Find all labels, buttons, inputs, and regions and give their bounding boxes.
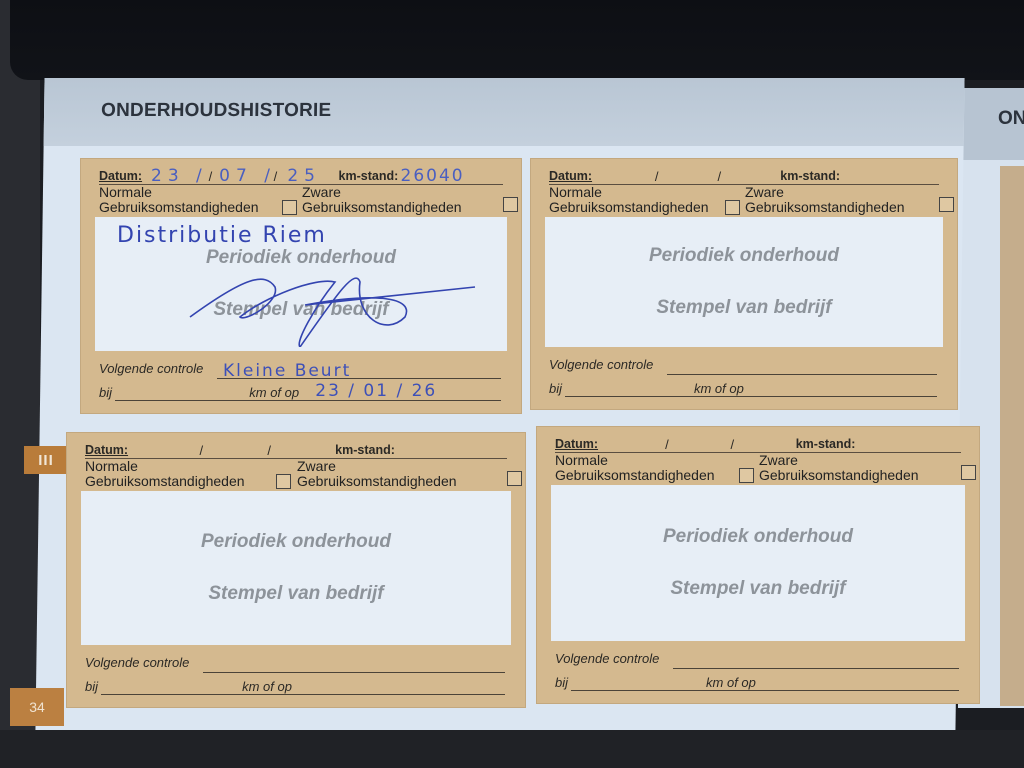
usage-conditions: Normale Gebruiksomstandigheden Zware Geb… [99, 185, 507, 219]
date-slash: / [199, 443, 203, 458]
normal-label-2: Gebruiksomstandigheden [99, 200, 259, 215]
next-km-date-value: 23 / 01 / 26 [315, 381, 437, 401]
date-slash: / [267, 443, 271, 458]
normal-label: Normale [99, 185, 259, 200]
next-km-date-field[interactable] [101, 677, 505, 695]
usage-conditions: Normale Gebruiksomstandigheden Zware Geb… [555, 453, 965, 487]
normal-label-2: Gebruiksomstandigheden [85, 474, 245, 489]
company-stamp-area[interactable]: Periodiek onderhoud Stempel van bedrijf [551, 485, 965, 641]
next-check-label: Volgende controle [549, 357, 653, 372]
normal-conditions-checkbox[interactable] [276, 474, 291, 489]
heavy-label: Zware [297, 459, 457, 474]
normal-label-2: Gebruiksomstandigheden [555, 468, 715, 483]
next-check-label: Volgende controle [99, 361, 203, 376]
next-check-section: Volgende controle bij km of op [551, 649, 965, 699]
km-or-on-label: km of op [249, 385, 299, 400]
at-label: bij [549, 381, 562, 396]
booklet-cover-bottom [0, 730, 1024, 768]
stamp-label-maintenance: Periodiek onderhoud [649, 245, 839, 267]
normal-conditions: Normale Gebruiksomstandigheden [555, 453, 715, 483]
date-km-row: Datum: / / km-stand: [85, 439, 507, 459]
company-stamp-area[interactable]: Distributie Riem Periodiek onderhoud Ste… [95, 217, 507, 351]
date-slash: / [730, 437, 734, 452]
date-label: Datum: [85, 443, 128, 457]
page-title: ONDERHOUDSHISTORIE [101, 100, 332, 122]
stamp-label-company: Stempel van bedrijf [670, 578, 845, 600]
normal-label: Normale [549, 185, 709, 200]
maintenance-entry-card: Datum: / / km-stand: Normale Gebruiksoms… [530, 158, 958, 410]
normal-conditions-checkbox[interactable] [725, 200, 740, 215]
heavy-conditions: Zware Gebruiksomstandigheden [297, 459, 457, 489]
stamp-label-company: Stempel van bedrijf [656, 297, 831, 319]
normal-conditions-checkbox[interactable] [739, 468, 754, 483]
date-label: Datum: [549, 169, 592, 183]
date-slash: / [274, 169, 278, 184]
next-page-header: ON [958, 88, 1024, 160]
stamp-label-maintenance: Periodiek onderhoud [663, 526, 853, 548]
stamp-label-maintenance: Periodiek onderhoud [201, 531, 391, 553]
company-stamp-area[interactable]: Periodiek onderhoud Stempel van bedrijf [545, 217, 943, 347]
next-check-field[interactable] [667, 357, 937, 375]
date-slash: / [655, 169, 659, 184]
heavy-label-2: Gebruiksomstandigheden [745, 200, 905, 215]
date-slash: / [718, 169, 722, 184]
next-page-card [1000, 166, 1024, 706]
booklet-cover-top [10, 0, 1024, 80]
heavy-label-2: Gebruiksomstandigheden [302, 200, 462, 215]
km-stand-label: km-stand: [796, 437, 856, 451]
heavy-label: Zware [759, 453, 919, 468]
normal-conditions: Normale Gebruiksomstandigheden [99, 185, 259, 215]
maintenance-entry-card: Datum: / / km-stand: Normale Gebruiksoms… [66, 432, 526, 708]
section-tab: III [24, 446, 68, 474]
next-km-date-field[interactable] [565, 379, 937, 397]
usage-conditions: Normale Gebruiksomstandigheden Zware Geb… [549, 185, 943, 219]
next-check-label: Volgende controle [85, 655, 189, 670]
stamp-label-company: Stempel van bedrijf [208, 583, 383, 605]
at-label: bij [85, 679, 98, 694]
next-check-section: Volgende controle bij km of op [81, 653, 511, 703]
km-stand-label: km-stand: [780, 169, 840, 183]
date-km-row: Datum: / / km-stand: [549, 165, 939, 185]
next-check-section: Volgende controle Kleine Beurt bij km of… [95, 359, 507, 409]
km-stand-value[interactable]: 26040 [401, 166, 465, 186]
km-or-on-label: km of op [242, 679, 292, 694]
date-label: Datum: [555, 437, 598, 451]
heavy-conditions-checkbox[interactable] [961, 465, 976, 480]
next-check-field[interactable]: Kleine Beurt [217, 361, 501, 379]
heavy-conditions-checkbox[interactable] [507, 471, 522, 486]
normal-label: Normale [555, 453, 715, 468]
normal-conditions: Normale Gebruiksomstandigheden [85, 459, 245, 489]
usage-conditions: Normale Gebruiksomstandigheden Zware Geb… [85, 459, 511, 493]
booklet-cover-edge [0, 0, 40, 768]
date-value[interactable]: 23 / 07 / 25 [151, 166, 321, 186]
maintenance-entry-card: Datum: / / km-stand: Normale Gebruiksoms… [536, 426, 980, 704]
page-number: 34 [10, 688, 64, 726]
handwritten-note: Distributie Riem [117, 223, 327, 248]
next-check-field[interactable] [203, 655, 505, 673]
at-label: bij [555, 675, 568, 690]
date-km-row: Datum: / / km-stand: [555, 433, 961, 453]
heavy-label: Zware [302, 185, 462, 200]
next-check-field[interactable] [673, 651, 959, 669]
next-check-value: Kleine Beurt [223, 361, 351, 381]
heavy-conditions: Zware Gebruiksomstandigheden [745, 185, 905, 215]
normal-conditions-checkbox[interactable] [282, 200, 297, 215]
next-check-section: Volgende controle bij km of op [545, 355, 943, 405]
date-label: Datum: [99, 169, 142, 183]
normal-label: Normale [85, 459, 245, 474]
signature-icon [185, 257, 485, 347]
km-stand-label: km-stand: [339, 169, 399, 183]
heavy-conditions-checkbox[interactable] [503, 197, 518, 212]
next-check-label: Volgende controle [555, 651, 659, 666]
km-or-on-label: km of op [706, 675, 756, 690]
next-page-title: ON [998, 108, 1024, 130]
date-slash: / [209, 169, 213, 184]
next-km-date-field[interactable] [571, 673, 959, 691]
heavy-label-2: Gebruiksomstandigheden [759, 468, 919, 483]
heavy-label: Zware [745, 185, 905, 200]
km-stand-label: km-stand: [335, 443, 395, 457]
km-or-on-label: km of op [694, 381, 744, 396]
at-label: bij [99, 385, 112, 400]
date-km-row: Datum: 23 / 07 / 25 / / km-stand: 26040 [99, 165, 503, 185]
company-stamp-area[interactable]: Periodiek onderhoud Stempel van bedrijf [81, 491, 511, 645]
date-slash: / [665, 437, 669, 452]
normal-conditions: Normale Gebruiksomstandigheden [549, 185, 709, 215]
maintenance-entry-card: Datum: 23 / 07 / 25 / / km-stand: 26040 … [80, 158, 522, 414]
page-header: ONDERHOUDSHISTORIE [44, 78, 965, 146]
heavy-conditions: Zware Gebruiksomstandigheden [302, 185, 462, 215]
next-km-date-field[interactable] [115, 383, 501, 401]
heavy-conditions: Zware Gebruiksomstandigheden [759, 453, 919, 483]
normal-label-2: Gebruiksomstandigheden [549, 200, 709, 215]
heavy-label-2: Gebruiksomstandigheden [297, 474, 457, 489]
heavy-conditions-checkbox[interactable] [939, 197, 954, 212]
